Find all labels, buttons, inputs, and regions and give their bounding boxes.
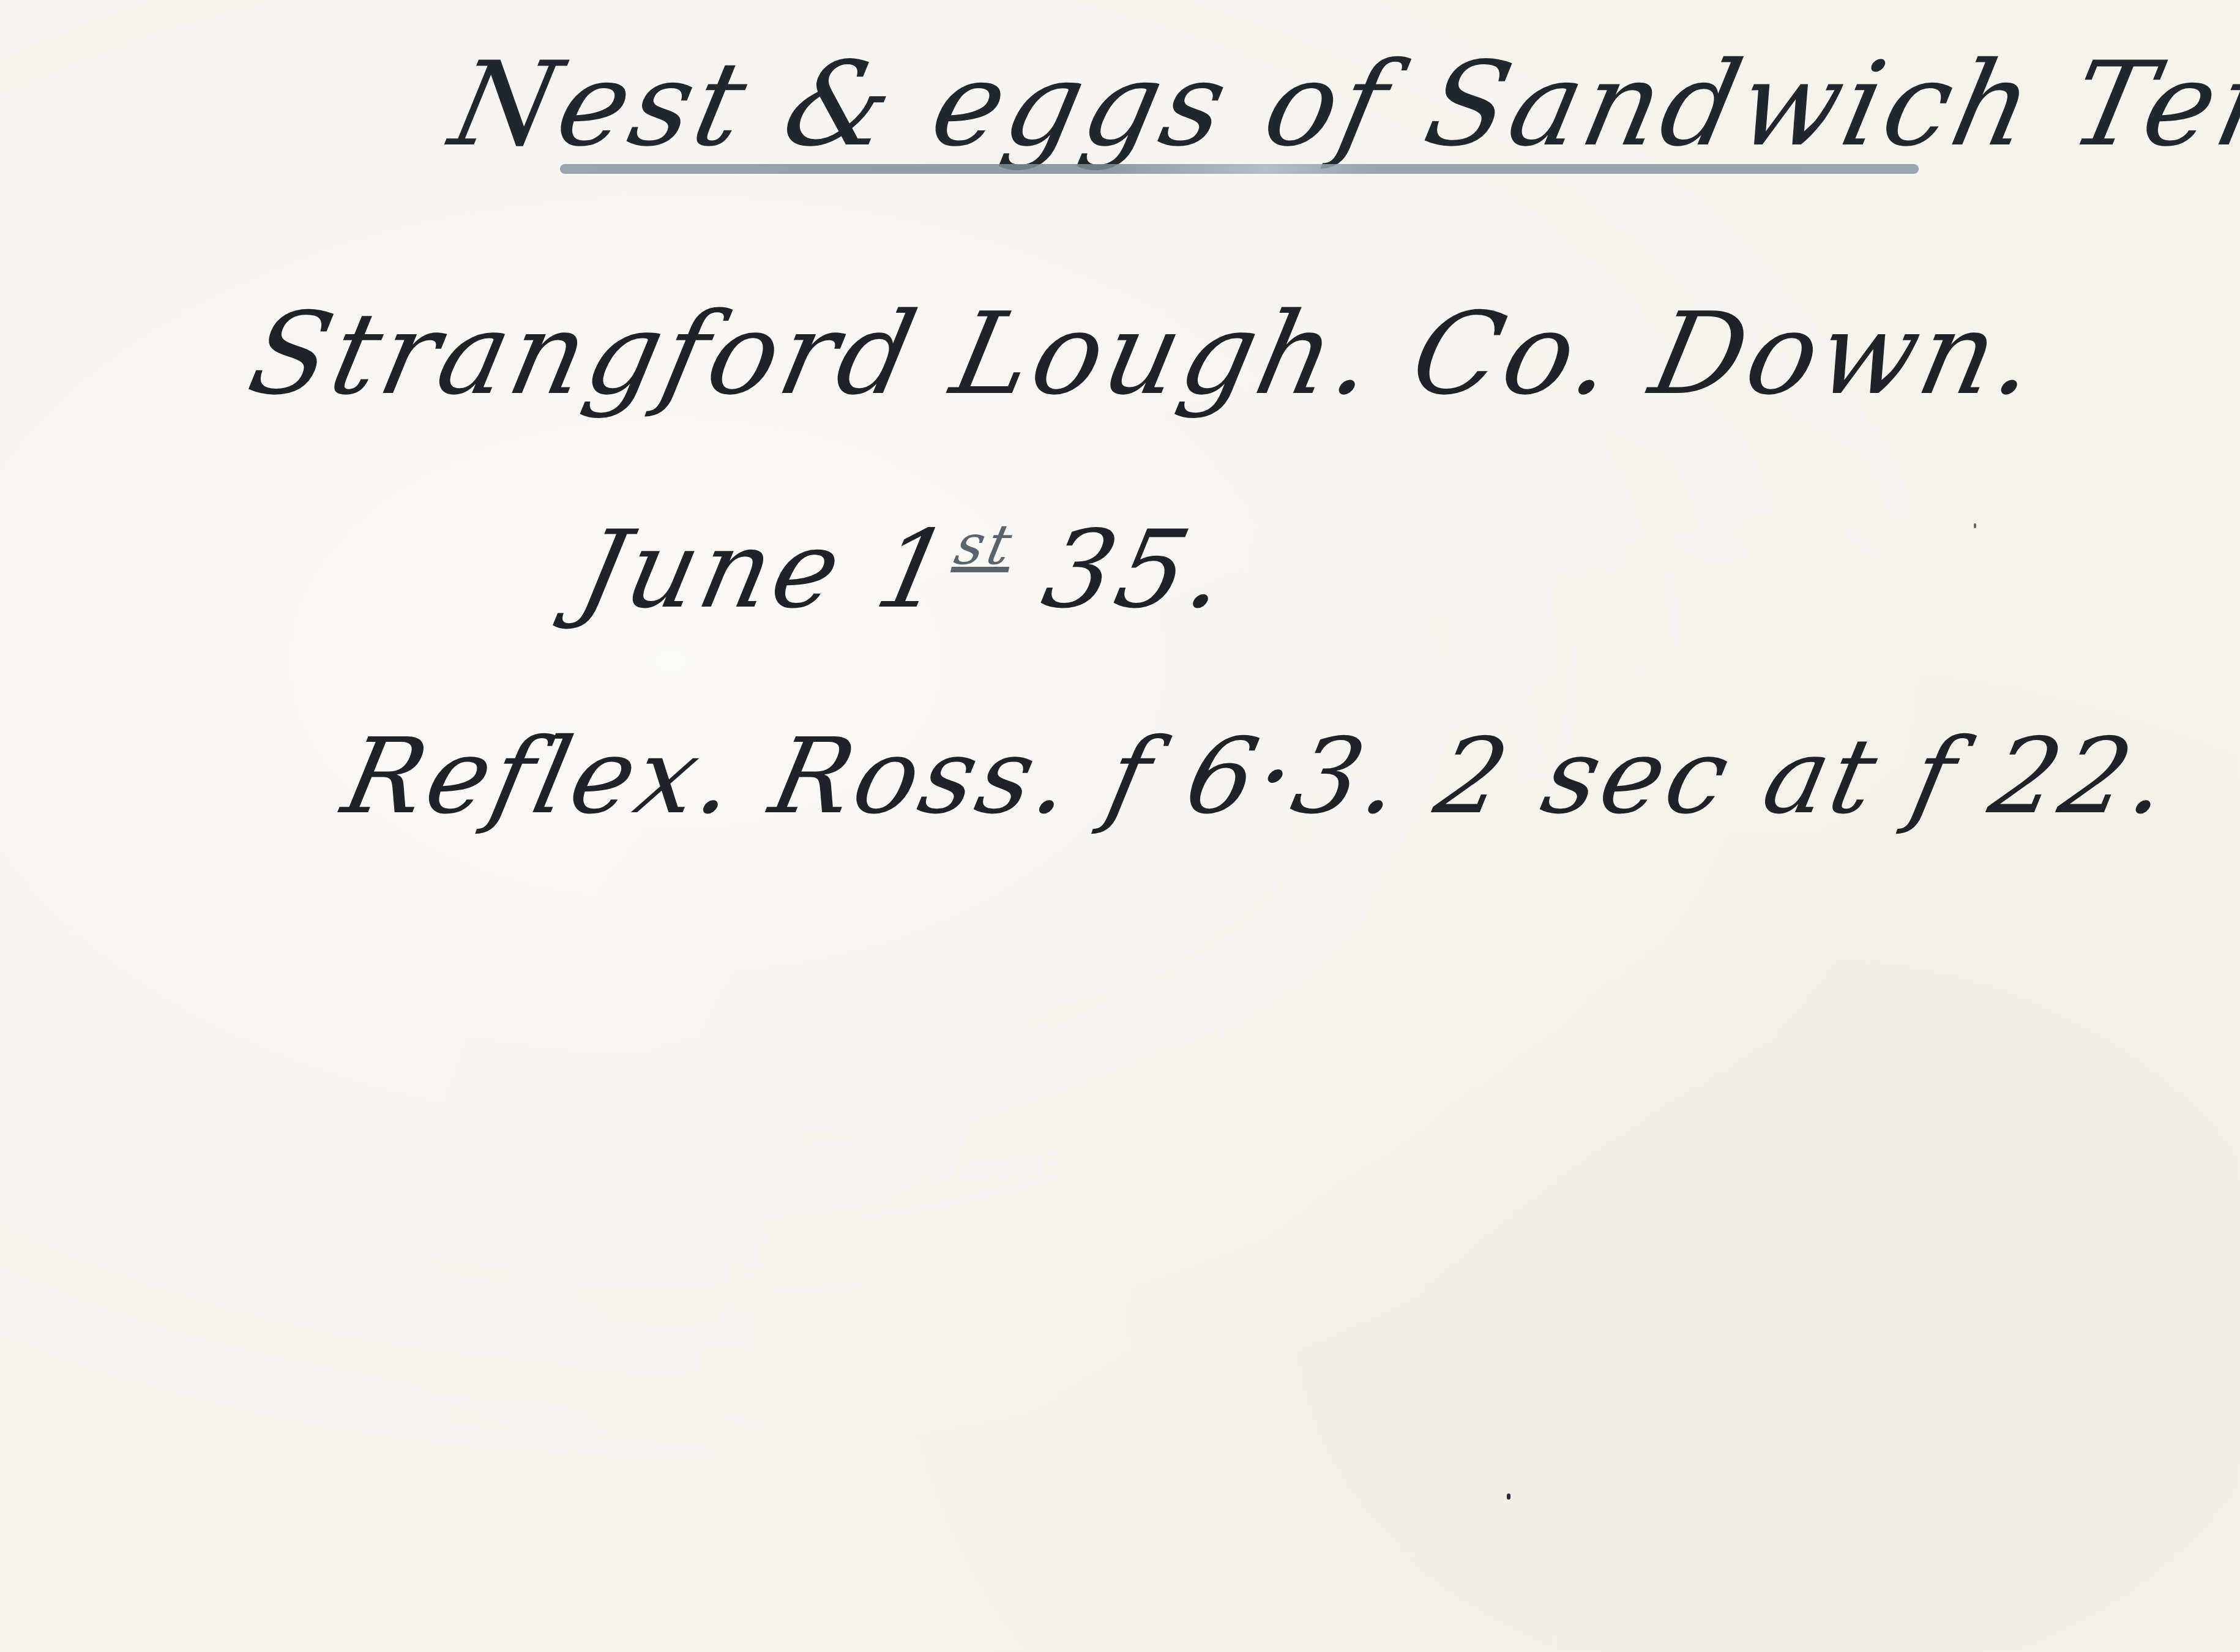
note-title: Nest & eggs of Sandwich Tern. [441, 37, 2240, 172]
note-date-day: June 1 [569, 508, 964, 632]
title-underline [560, 164, 1919, 174]
note-date-year: 35. [995, 508, 1241, 632]
ink-speck [1974, 523, 1976, 528]
note-date: June 1st 35. [569, 508, 1241, 632]
note-location: Strangford Lough. Co. Down. [239, 288, 2052, 420]
ink-speck [1507, 1493, 1510, 1500]
note-camera-settings: Reflex. Ross. f 6·3. 2 sec at f 22. [334, 716, 2182, 837]
